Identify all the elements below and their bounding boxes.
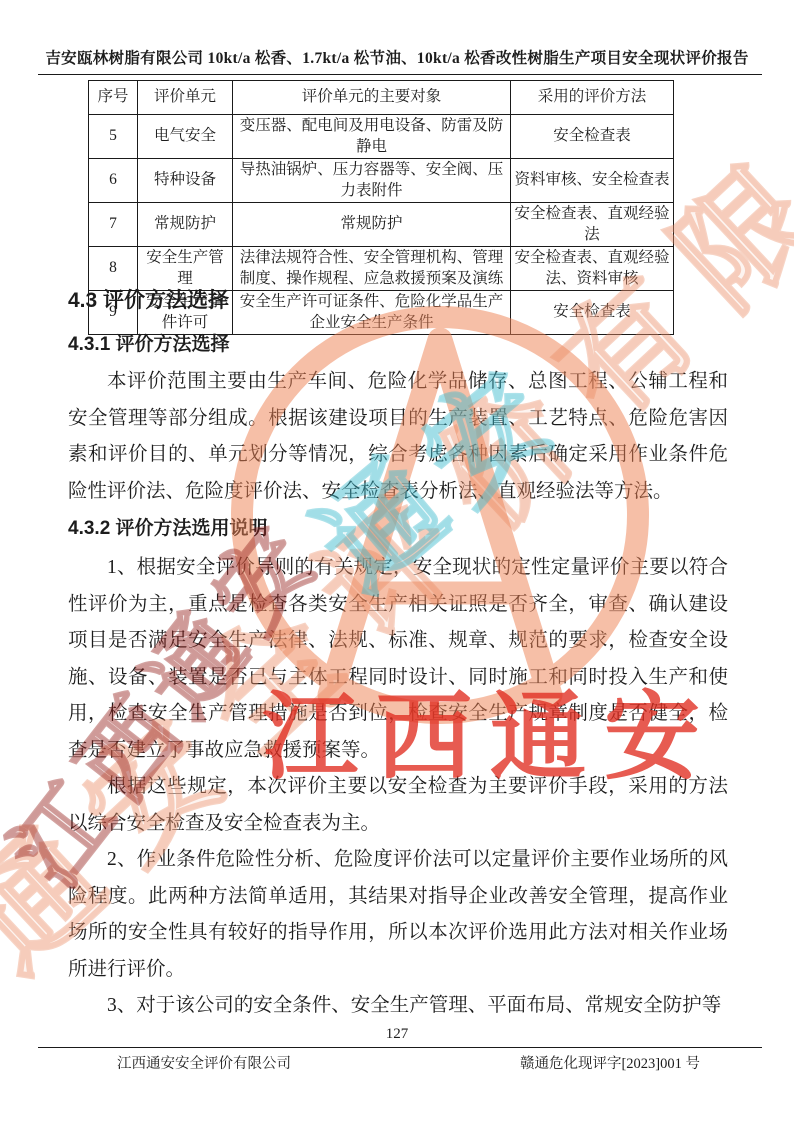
table-cell: 电气安全 bbox=[138, 115, 233, 159]
table-cell: 5 bbox=[89, 115, 138, 159]
header-cell: 评价单元 bbox=[138, 81, 233, 115]
paragraph-method-note-1: 1、根据安全评价导则的有关规定，安全现状的定性定量评价主要以符合性评价为主，重点… bbox=[68, 550, 728, 769]
header-cell: 序号 bbox=[89, 81, 138, 115]
section-heading-4-3-2: 4.3.2 评价方法选用说明 bbox=[68, 514, 728, 544]
footer-document-number: 赣通危化现评字[2023]001 号 bbox=[520, 1052, 700, 1073]
paragraph-method-note-4: 3、对于该公司的安全条件、安全生产管理、平面布局、常规安全防护等 bbox=[68, 988, 728, 1025]
footer-company-name: 江西通安安全评价有限公司 bbox=[117, 1052, 291, 1073]
table-row: 7 常规防护 常规防护 安全检查表、直观经验法 bbox=[89, 203, 674, 247]
page-number: 127 bbox=[0, 1026, 794, 1043]
table-row: 5 电气安全 变压器、配电间及用电设备、防雷及防静电 安全检查表 bbox=[89, 115, 674, 159]
table-cell: 8 bbox=[89, 247, 138, 291]
document-body: 4.3 评价方法选择 4.3.1 评价方法选择 本评价范围主要由生产车间、危险化… bbox=[68, 286, 728, 1025]
table-cell: 常规防护 bbox=[138, 203, 233, 247]
table-row: 6 特种设备 导热油锅炉、压力容器等、安全阀、压力表附件 资料审核、安全检查表 bbox=[89, 159, 674, 203]
table-cell: 7 bbox=[89, 203, 138, 247]
table-cell: 法律法规符合性、安全管理机构、管理制度、操作规程、应急救援预案及演练 bbox=[233, 247, 511, 291]
table-cell: 特种设备 bbox=[138, 159, 233, 203]
table-cell: 资料审核、安全检查表 bbox=[511, 159, 674, 203]
table-cell: 安全检查表 bbox=[511, 115, 674, 159]
table-cell: 安全检查表、直观经验法、资料审核 bbox=[511, 247, 674, 291]
footer-divider bbox=[38, 1047, 762, 1048]
paragraph-method-note-3: 2、作业条件危险性分析、危险度评价法可以定量评价主要作业场所的风险程度。此两种方… bbox=[68, 842, 728, 988]
document-header-title: 吉安瓯林树脂有限公司 10kt/a 松香、1.7kt/a 松节油、10kt/a … bbox=[0, 46, 794, 68]
table-cell: 安全生产管理 bbox=[138, 247, 233, 291]
section-heading-4-3: 4.3 评价方法选择 bbox=[68, 286, 728, 316]
table-cell: 6 bbox=[89, 159, 138, 203]
table-header-row: 序号 评价单元 评价单元的主要对象 采用的评价方法 bbox=[89, 81, 674, 115]
header-cell: 评价单元的主要对象 bbox=[233, 81, 511, 115]
document-page: 吉安瓯林树脂有限公司 10kt/a 松香、1.7kt/a 松节油、10kt/a … bbox=[0, 0, 794, 1123]
section-heading-4-3-1: 4.3.1 评价方法选择 bbox=[68, 330, 728, 360]
table-cell: 导热油锅炉、压力容器等、安全阀、压力表附件 bbox=[233, 159, 511, 203]
header-divider bbox=[38, 74, 762, 75]
table-row: 8 安全生产管理 法律法规符合性、安全管理机构、管理制度、操作规程、应急救援预案… bbox=[89, 247, 674, 291]
table-cell: 变压器、配电间及用电设备、防雷及防静电 bbox=[233, 115, 511, 159]
paragraph-method-scope: 本评价范围主要由生产车间、危险化学品储存、总图工程、公辅工程和安全管理等部分组成… bbox=[68, 364, 728, 510]
table-cell: 常规防护 bbox=[233, 203, 511, 247]
paragraph-method-note-2: 根据这些规定，本次评价主要以安全检查为主要评价手段，采用的方法以综合安全检查及安… bbox=[68, 769, 728, 842]
table-cell: 安全检查表、直观经验法 bbox=[511, 203, 674, 247]
header-cell: 采用的评价方法 bbox=[511, 81, 674, 115]
